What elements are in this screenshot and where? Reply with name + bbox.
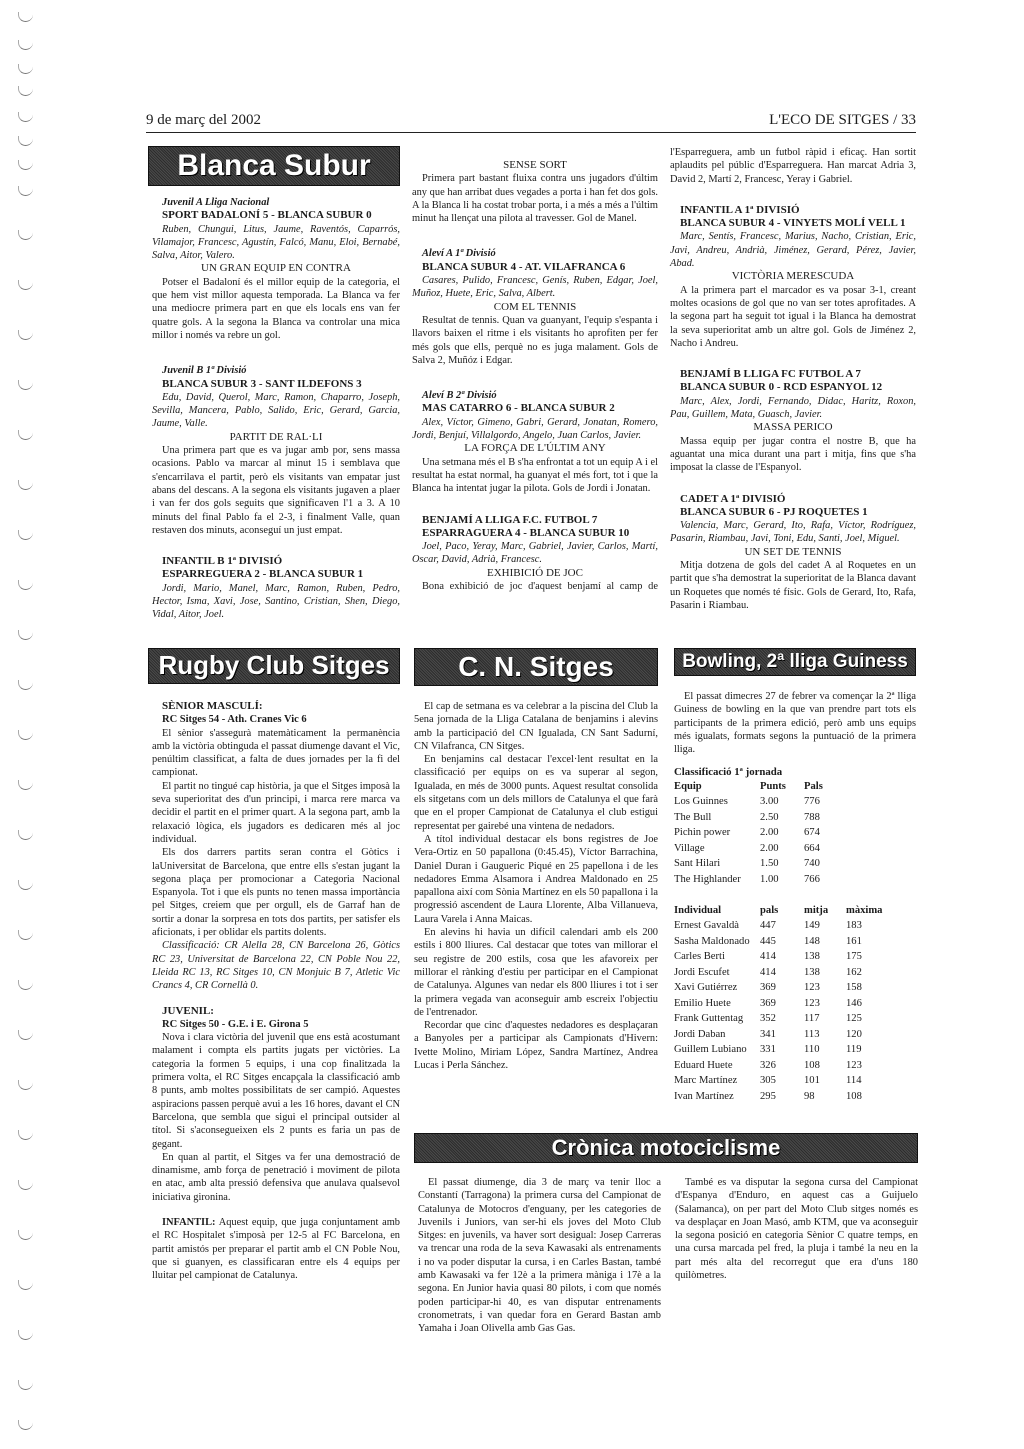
moto-paragraph: També es va disputar la segona cursa del… [675,1176,918,1282]
player-name: Sasha Maldonado [674,935,760,951]
cn-sitges-section: C. N. Sitges El cap de setmana es va cel… [414,648,658,1072]
match-category: INFANTIL B 1ª DIVISIÓ [152,555,400,568]
match-players: Jordi, Mario, Manel, Marc, Ramon, Ruben,… [152,582,400,622]
team-points: 2.50 [760,811,804,827]
table-row: Sant Hilari1.50740 [674,857,823,873]
match-score: BLANCA SUBUR 4 - VINYETS MOLÍ VELL 1 [670,217,916,230]
team-name: The Highlander [674,873,760,889]
col-header: Punts [760,780,804,795]
match-category: Aleví B 2ª Divisió [412,389,658,402]
cn-paragraph: En benjamins cal destacar l'excel·lent r… [414,753,658,833]
issue-date: 9 de març del 2002 [146,112,261,129]
player-avg: 108 [804,1059,846,1075]
table-row: Los Guinnes3.00776 [674,795,823,811]
team-points: 3.00 [760,795,804,811]
col-header: pals [760,904,804,919]
cn-paragraph: Recordar que cinc d'aquestes nedadores e… [414,1019,658,1072]
bowling-individual-table: Individual pals mitja màxima Ernest Gava… [674,904,882,1105]
match-category: Aleví A 1ª Divisió [412,247,658,260]
player-max: 125 [846,1012,882,1028]
blanca-subur-col-1: Blanca Subur Juvenil A Lliga Nacional SP… [152,146,400,622]
player-max: 108 [846,1090,882,1106]
rugby-paragraph: Nova i clara victòria del juvenil que en… [152,1031,400,1151]
bowling-intro: El passat dimecres 27 de febrer va comen… [674,690,916,756]
match-score: MAS CATARRO 6 - BLANCA SUBUR 2 [412,402,658,415]
match-players: Edu, David, Querol, Marc, Ramon, Chaparr… [152,391,400,431]
bowling-section: Bowling, 2ª lliga Guiness El passat dime… [674,648,916,1105]
match-report: Massa equip per jugar contra el nostre B… [670,435,916,475]
rugby-paragraph: En quan al partit, el Sitges va fer una … [152,1151,400,1204]
match-report: Bona exhibició de joc d'aquest benjamí a… [412,580,658,594]
moto-paragraph: El passat diumenge, dia 3 de març va ten… [418,1176,661,1336]
match-players: Alex, Víctor, Gimeno, Gabri, Gerard, Jon… [412,416,658,443]
section-banner-bowling: Bowling, 2ª lliga Guiness [674,648,916,676]
team-points: 1.00 [760,873,804,889]
player-name: Carles Berti [674,950,760,966]
player-pins: 341 [760,1028,804,1044]
player-pins: 305 [760,1074,804,1090]
match-score: BLANCA SUBUR 4 - AT. VILAFRANCA 6 [412,261,658,274]
team-name: Sant Hilari [674,857,760,873]
table-row: Ivan Martínez29598108 [674,1090,882,1106]
table-row: Marc Martínez305101114 [674,1074,882,1090]
match-subtitle: EXHIBICIÓ DE JOC [412,567,658,580]
match-subtitle: MASSA PERICO [670,421,916,434]
rugby-paragraph: El partit no tingué cap història, ja que… [152,780,400,846]
team-pins: 788 [804,811,823,827]
section-banner-motociclisme: Crònica motociclisme [414,1133,918,1163]
match-score: ESPARRAGUERA 4 - BLANCA SUBUR 10 [412,527,658,540]
match-score: ESPARREGUERA 2 - BLANCA SUBUR 1 [152,568,400,581]
player-max: 158 [846,981,882,997]
player-max: 161 [846,935,882,951]
player-pins: 414 [760,966,804,982]
match-report: A la primera part el marcador es va posa… [670,284,916,350]
table-row: Emilio Huete369123146 [674,997,882,1013]
player-name: Jordi Daban [674,1028,760,1044]
table-row: Village2.00664 [674,842,823,858]
player-avg: 138 [804,966,846,982]
player-name: Xavi Gutiérrez [674,981,760,997]
cn-paragraph: En alevins hi havia un difícil calendari… [414,926,658,1019]
match-report: Una primera part que es va jugar amb por… [152,444,400,537]
cn-paragraph: El cap de setmana es va celebrar a la pi… [414,700,658,753]
match-players: Ruben, Chungui, Litus, Jaume, Raventós, … [152,223,400,263]
team-pins: 740 [804,857,823,873]
rugby-section: Rugby Club Sitges SÈNIOR MASCULÍ: RC Sit… [152,648,400,1282]
team-name: Pichin power [674,826,760,842]
player-name: Guillem Lubiano [674,1043,760,1059]
rugby-infantil-label: INFANTIL: [162,1217,216,1228]
player-name: Ivan Martínez [674,1090,760,1106]
match-category: Juvenil A Lliga Nacional [152,196,400,209]
rugby-infantil: INFANTIL: Aquest equip, que juga conjunt… [152,1216,400,1282]
section-banner-cn-sitges: C. N. Sitges [414,648,658,686]
match-players: Marc, Alex, Jordi, Fernando, Didac, Hari… [670,395,916,422]
match-report: Una setmana més el B s'ha enfrontat a to… [412,456,658,496]
table-row: Frank Guttentag352117125 [674,1012,882,1028]
team-points: 1.50 [760,857,804,873]
team-points: 2.00 [760,826,804,842]
match-subtitle: LA FORÇA DE L'ÚLTIM ANY [412,442,658,455]
blanca-subur-col-2: SENSE SORT Primera part bastant fluixa c… [412,146,658,594]
match-subtitle: SENSE SORT [412,159,658,172]
rugby-juvenil-heading: JUVENIL: [152,1005,400,1018]
team-table-title: Classificació 1ª jornada [674,766,916,779]
player-avg: 113 [804,1028,846,1044]
player-pins: 295 [760,1090,804,1106]
match-category: Juvenil B 1ª Divisió [152,364,400,377]
table-row: Jordi Daban341113120 [674,1028,882,1044]
match-report-continued: l'Esparreguera, amb un futbol ràpid i ef… [670,146,916,186]
match-score: BLANCA SUBUR 6 - PJ ROQUETES 1 [670,506,916,519]
player-avg: 110 [804,1043,846,1059]
table-row: Ernest Gavaldà447149183 [674,919,882,935]
col-header: mitja [804,904,846,919]
match-report: Resultat de tennis. Quan va guanyant, l'… [412,314,658,367]
col-header: Individual [674,904,760,919]
player-name: Frank Guttentag [674,1012,760,1028]
table-row: Guillem Lubiano331110119 [674,1043,882,1059]
publication-page: L'ECO DE SITGES / 33 [769,112,916,129]
table-row: Jordi Escufet414138162 [674,966,882,982]
team-pins: 766 [804,873,823,889]
table-row: Sasha Maldonado445148161 [674,935,882,951]
player-name: Emilio Huete [674,997,760,1013]
match-players: Casares, Pulido, Francesc, Genís, Ruben,… [412,274,658,301]
team-name: Los Guinnes [674,795,760,811]
player-max: 183 [846,919,882,935]
player-name: Ernest Gavaldà [674,919,760,935]
rugby-senior-score: RC Sitges 54 - Ath. Cranes Vic 6 [152,713,400,726]
player-name: Jordi Escufet [674,966,760,982]
player-pins: 352 [760,1012,804,1028]
player-avg: 149 [804,919,846,935]
match-subtitle: VICTÒRIA MERESCUDA [670,270,916,283]
player-max: 123 [846,1059,882,1075]
match-report: Potser el Badaloní és el millor equip de… [152,276,400,342]
player-avg: 101 [804,1074,846,1090]
section-banner-rugby: Rugby Club Sitges [148,648,400,684]
team-pins: 664 [804,842,823,858]
rugby-paragraph: El sènior s'assegurà matemàticament la p… [152,727,400,780]
player-avg: 123 [804,981,846,997]
match-report: Primera part bastant fluixa contra uns j… [412,172,658,225]
player-name: Eduard Huete [674,1059,760,1075]
match-score: BLANCA SUBUR 3 - SANT ILDEFONS 3 [152,378,400,391]
col-header: Equip [674,780,760,795]
match-category: CADET A 1ª DIVISIÓ [670,493,916,506]
player-max: 175 [846,950,882,966]
table-header-row: Individual pals mitja màxima [674,904,882,919]
player-max: 162 [846,966,882,982]
team-pins: 674 [804,826,823,842]
blanca-subur-col-3: l'Esparreguera, amb un futbol ràpid i ef… [670,146,916,612]
team-pins: 776 [804,795,823,811]
table-row: The Bull2.50788 [674,811,823,827]
match-score: SPORT BADALONÍ 5 - BLANCA SUBUR 0 [152,209,400,222]
table-header-row: Equip Punts Pals [674,780,823,795]
col-header: Pals [804,780,823,795]
player-avg: 98 [804,1090,846,1106]
page-header: 9 de març del 2002 L'ECO DE SITGES / 33 [146,108,916,133]
player-avg: 148 [804,935,846,951]
team-name: The Bull [674,811,760,827]
match-subtitle: COM EL TENNIS [412,301,658,314]
rugby-senior-heading: SÈNIOR MASCULÍ: [152,700,400,713]
table-row: Xavi Gutiérrez369123158 [674,981,882,997]
table-row: Pichin power2.00674 [674,826,823,842]
player-pins: 369 [760,997,804,1013]
player-pins: 414 [760,950,804,966]
match-players: Joel, Paco, Yeray, Marc, Gabriel, Javier… [412,540,658,567]
table-row: Carles Berti414138175 [674,950,882,966]
player-pins: 445 [760,935,804,951]
rugby-juvenil-score: RC Sitges 50 - G.E. i E. Girona 5 [152,1018,400,1031]
match-players: Marc, Sentís, Francesc, Marius, Nacho, C… [670,230,916,270]
moto-article: El passat diumenge, dia 3 de març va ten… [418,1176,918,1336]
table-row: The Highlander1.00766 [674,873,823,889]
rugby-classification: Classificació: CR Alella 28, CN Barcelon… [152,939,400,992]
player-max: 120 [846,1028,882,1044]
player-avg: 123 [804,997,846,1013]
section-banner-blanca-subur: Blanca Subur [148,146,400,186]
match-category: BENJAMÍ A LLIGA F.C. FUTBOL 7 [412,514,658,527]
team-name: Village [674,842,760,858]
player-max: 119 [846,1043,882,1059]
match-category: INFANTIL A 1ª DIVISIÓ [670,204,916,217]
bowling-team-table: Equip Punts Pals Los Guinnes3.00776 The … [674,780,823,888]
player-pins: 331 [760,1043,804,1059]
team-points: 2.00 [760,842,804,858]
match-category: BENJAMÍ B LLIGA FC FUTBOL A 7 [670,368,916,381]
player-pins: 447 [760,919,804,935]
match-subtitle: UN GRAN EQUIP EN CONTRA [152,262,400,275]
player-pins: 326 [760,1059,804,1075]
player-avg: 138 [804,950,846,966]
match-players: Valencia, Marc, Gerard, Ito, Rafa, Vícto… [670,519,916,546]
match-score: BLANCA SUBUR 0 - RCD ESPANYOL 12 [670,381,916,394]
match-report: Mitja dotzena de gols del cadet A al Roq… [670,559,916,612]
player-max: 114 [846,1074,882,1090]
match-subtitle: PARTIT DE RAL·LI [152,431,400,444]
table-row: Eduard Huete326108123 [674,1059,882,1075]
player-avg: 117 [804,1012,846,1028]
rugby-paragraph: Els dos darrers partits seran contra el … [152,846,400,939]
col-header: màxima [846,904,882,919]
player-pins: 369 [760,981,804,997]
cn-paragraph: A títol individual destacar els bons reg… [414,833,658,926]
player-name: Marc Martínez [674,1074,760,1090]
match-subtitle: UN SET DE TENNIS [670,546,916,559]
player-max: 146 [846,997,882,1013]
